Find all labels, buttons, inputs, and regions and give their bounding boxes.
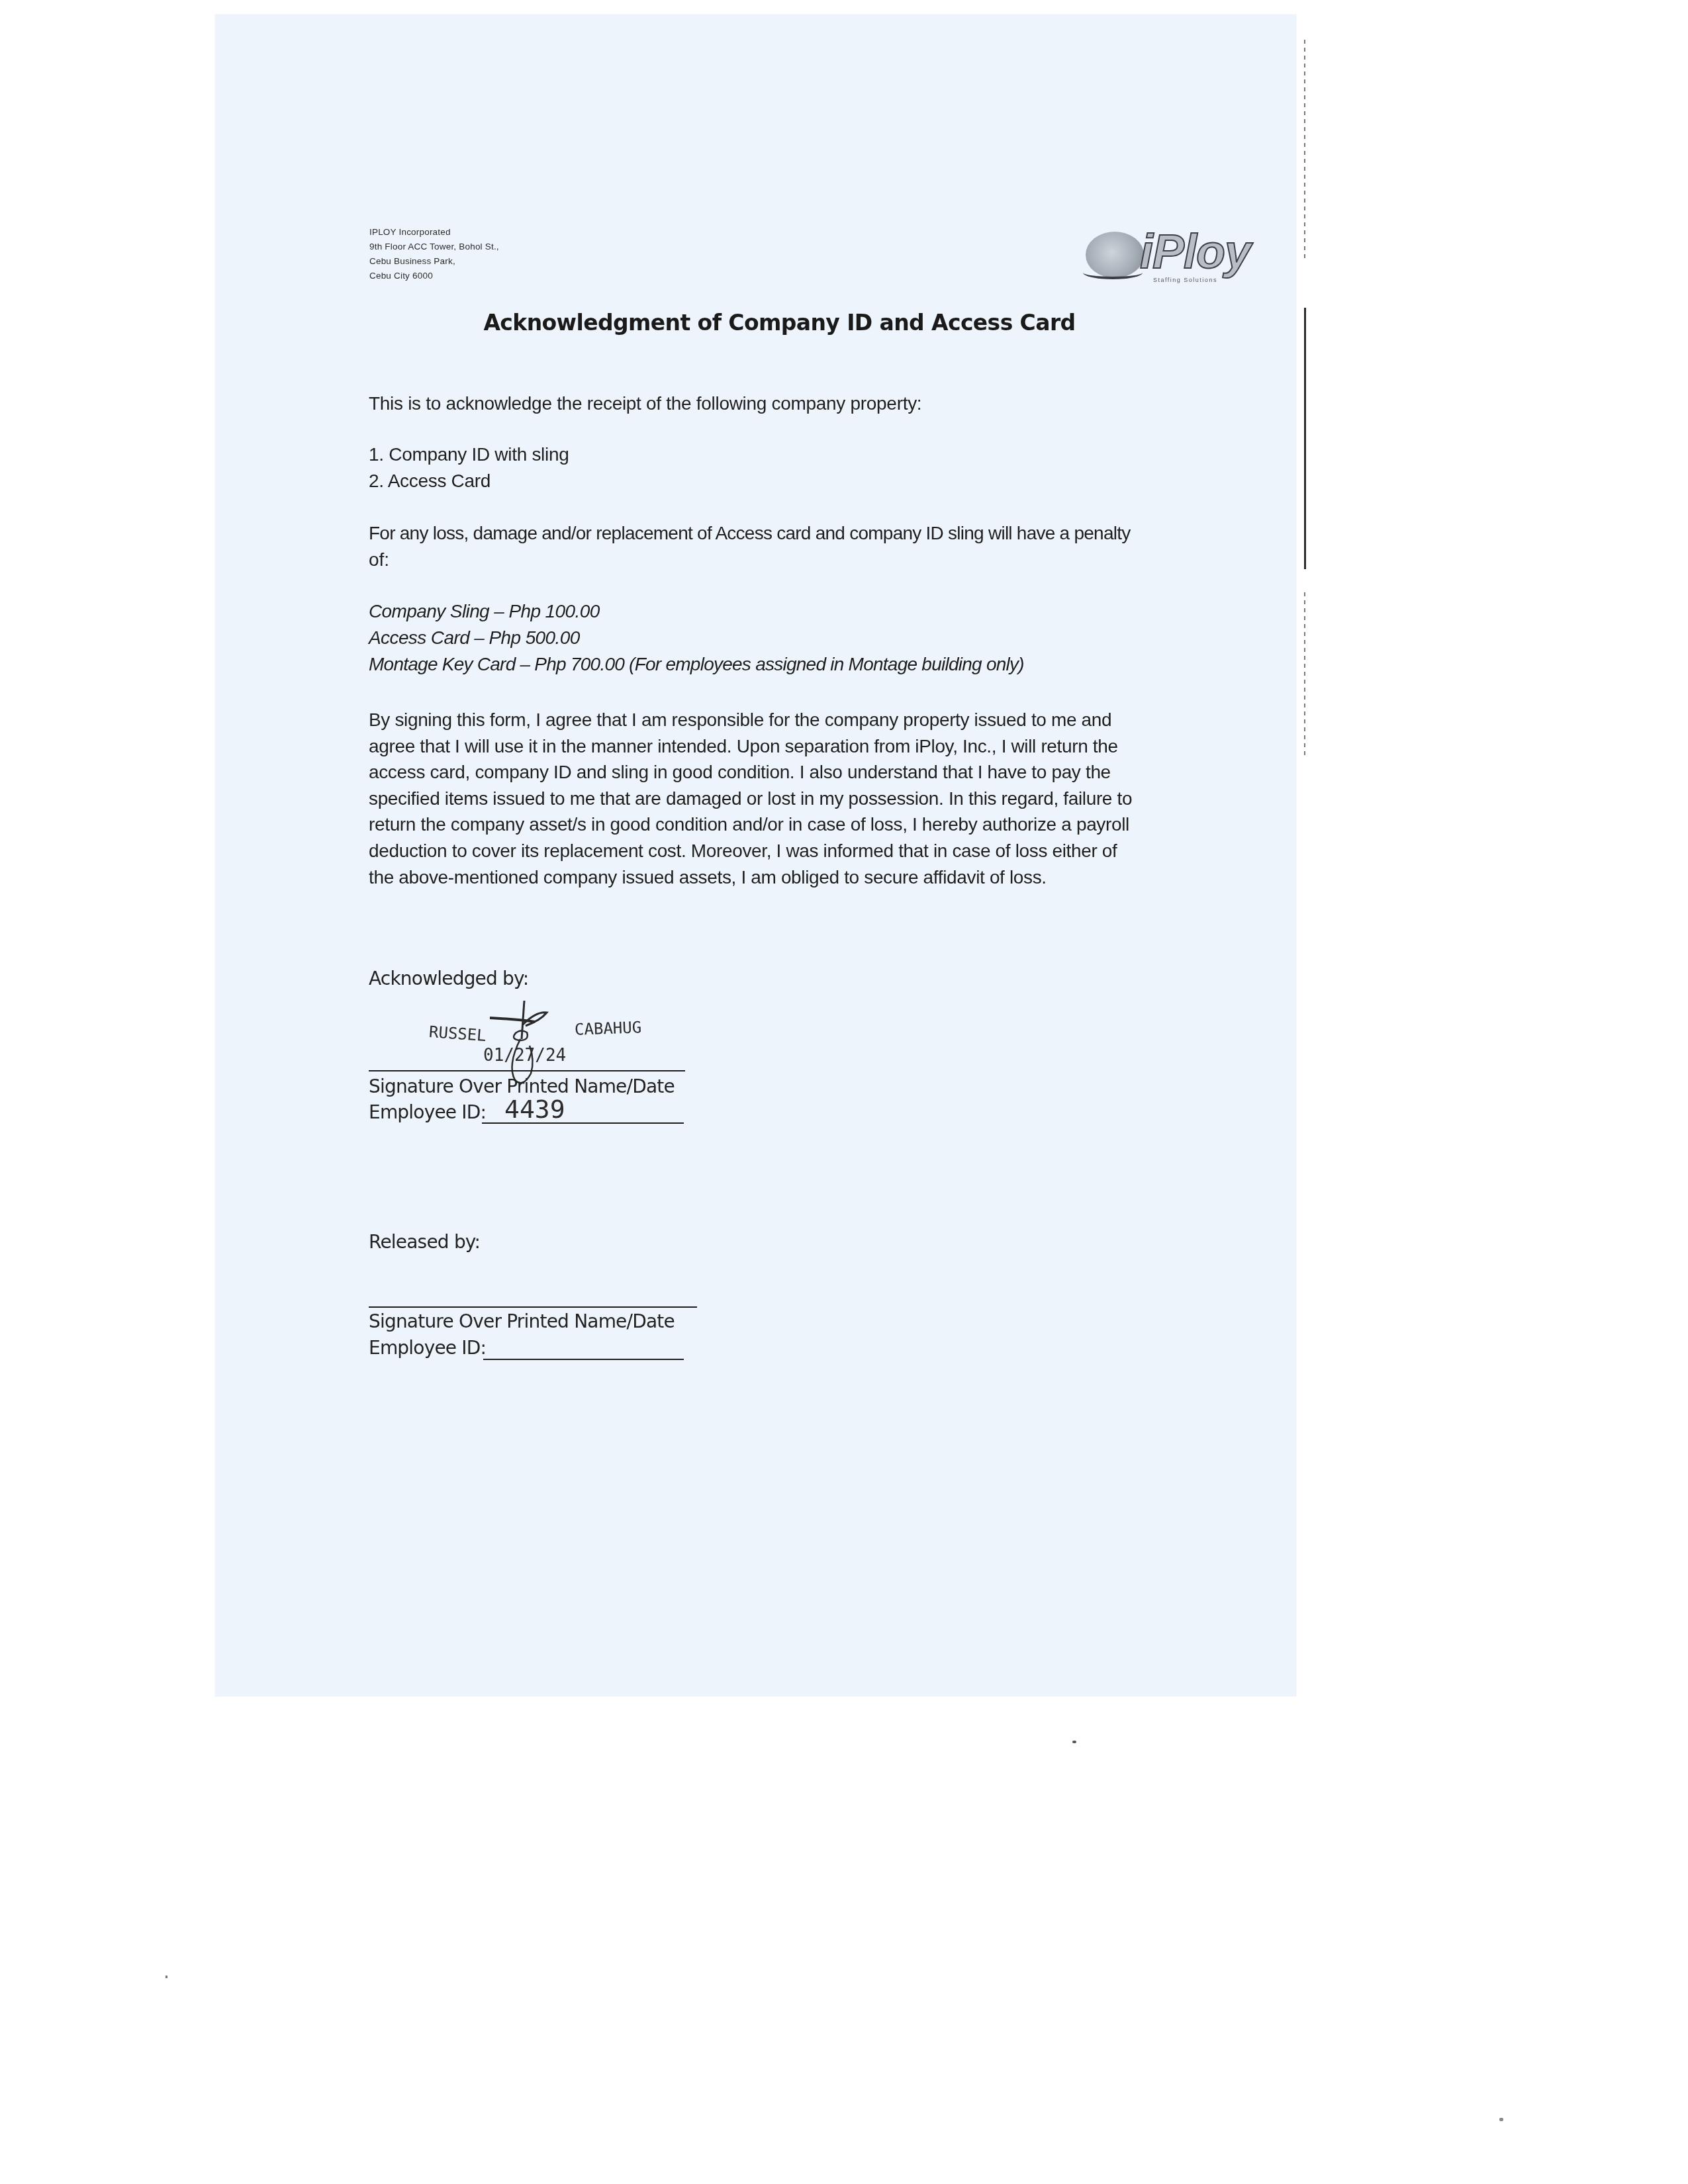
scan-speck: [1072, 1741, 1076, 1743]
company-logo: iPloy Staffing Solutions: [1079, 225, 1254, 288]
logo-tagline: Staffing Solutions: [1153, 277, 1217, 283]
paragraph-line: specified items issued to me that are da…: [369, 786, 1196, 812]
released-employee-id-label: Employee ID:: [369, 1337, 486, 1359]
scan-edge-artifact: [1304, 40, 1305, 258]
paragraph-line: return the company asset/s in good condi…: [369, 811, 1196, 838]
company-address: IPLOY Incorporated 9th Floor ACC Tower, …: [369, 225, 499, 283]
agreement-paragraph: By signing this form, I agree that I am …: [369, 707, 1196, 890]
scan-edge-artifact: [1304, 592, 1305, 758]
address-line: 9th Floor ACC Tower, Bohol St.,: [369, 240, 499, 254]
handwritten-first-name: RUSSEL: [428, 1023, 487, 1045]
logo-wordmark: iPloy: [1140, 225, 1250, 279]
intro-text: This is to acknowledge the receipt of th…: [369, 393, 921, 414]
swoosh-logo-icon: [1083, 266, 1143, 279]
scan-speck: [1499, 2118, 1503, 2121]
scan-speck: [165, 1976, 167, 1978]
penalty-intro: of:: [369, 549, 389, 570]
paragraph-line: access card, company ID and sling in goo…: [369, 759, 1196, 786]
paragraph-line: By signing this form, I agree that I am …: [369, 707, 1196, 733]
penalty-item: Access Card – Php 500.00: [369, 627, 580, 649]
penalty-item: Company Sling – Php 100.00: [369, 601, 600, 622]
acknowledged-employee-id-value: 4439: [504, 1095, 565, 1124]
document-title: Acknowledgment of Company ID and Access …: [0, 310, 1559, 336]
released-signature-label: Signature Over Printed Name/Date: [369, 1310, 675, 1332]
penalty-item: Montage Key Card – Php 700.00 (For emplo…: [369, 654, 1024, 675]
released-by-label: Released by:: [369, 1231, 480, 1253]
address-line: Cebu Business Park,: [369, 254, 499, 269]
acknowledged-by-label: Acknowledged by:: [369, 968, 528, 989]
released-signature-line: [369, 1306, 697, 1308]
handwritten-last-name: CABAHUG: [575, 1018, 642, 1039]
acknowledged-employee-id-line: [482, 1122, 684, 1124]
property-item: 2. Access Card: [369, 471, 491, 492]
paragraph-line: deduction to cover its replacement cost.…: [369, 838, 1196, 864]
paragraph-line: agree that I will use it in the manner i…: [369, 733, 1196, 760]
address-line: IPLOY Incorporated: [369, 225, 499, 240]
property-item: 1. Company ID with sling: [369, 444, 569, 465]
paragraph-line: the above-mentioned company issued asset…: [369, 864, 1196, 891]
acknowledged-signature-line: [369, 1070, 685, 1071]
penalty-intro: For any loss, damage and/or replacement …: [369, 523, 1131, 544]
scan-edge-artifact: [1304, 308, 1306, 569]
released-employee-id-line: [483, 1359, 684, 1360]
address-line: Cebu City 6000: [369, 269, 499, 283]
acknowledged-employee-id-label: Employee ID:: [369, 1101, 486, 1123]
